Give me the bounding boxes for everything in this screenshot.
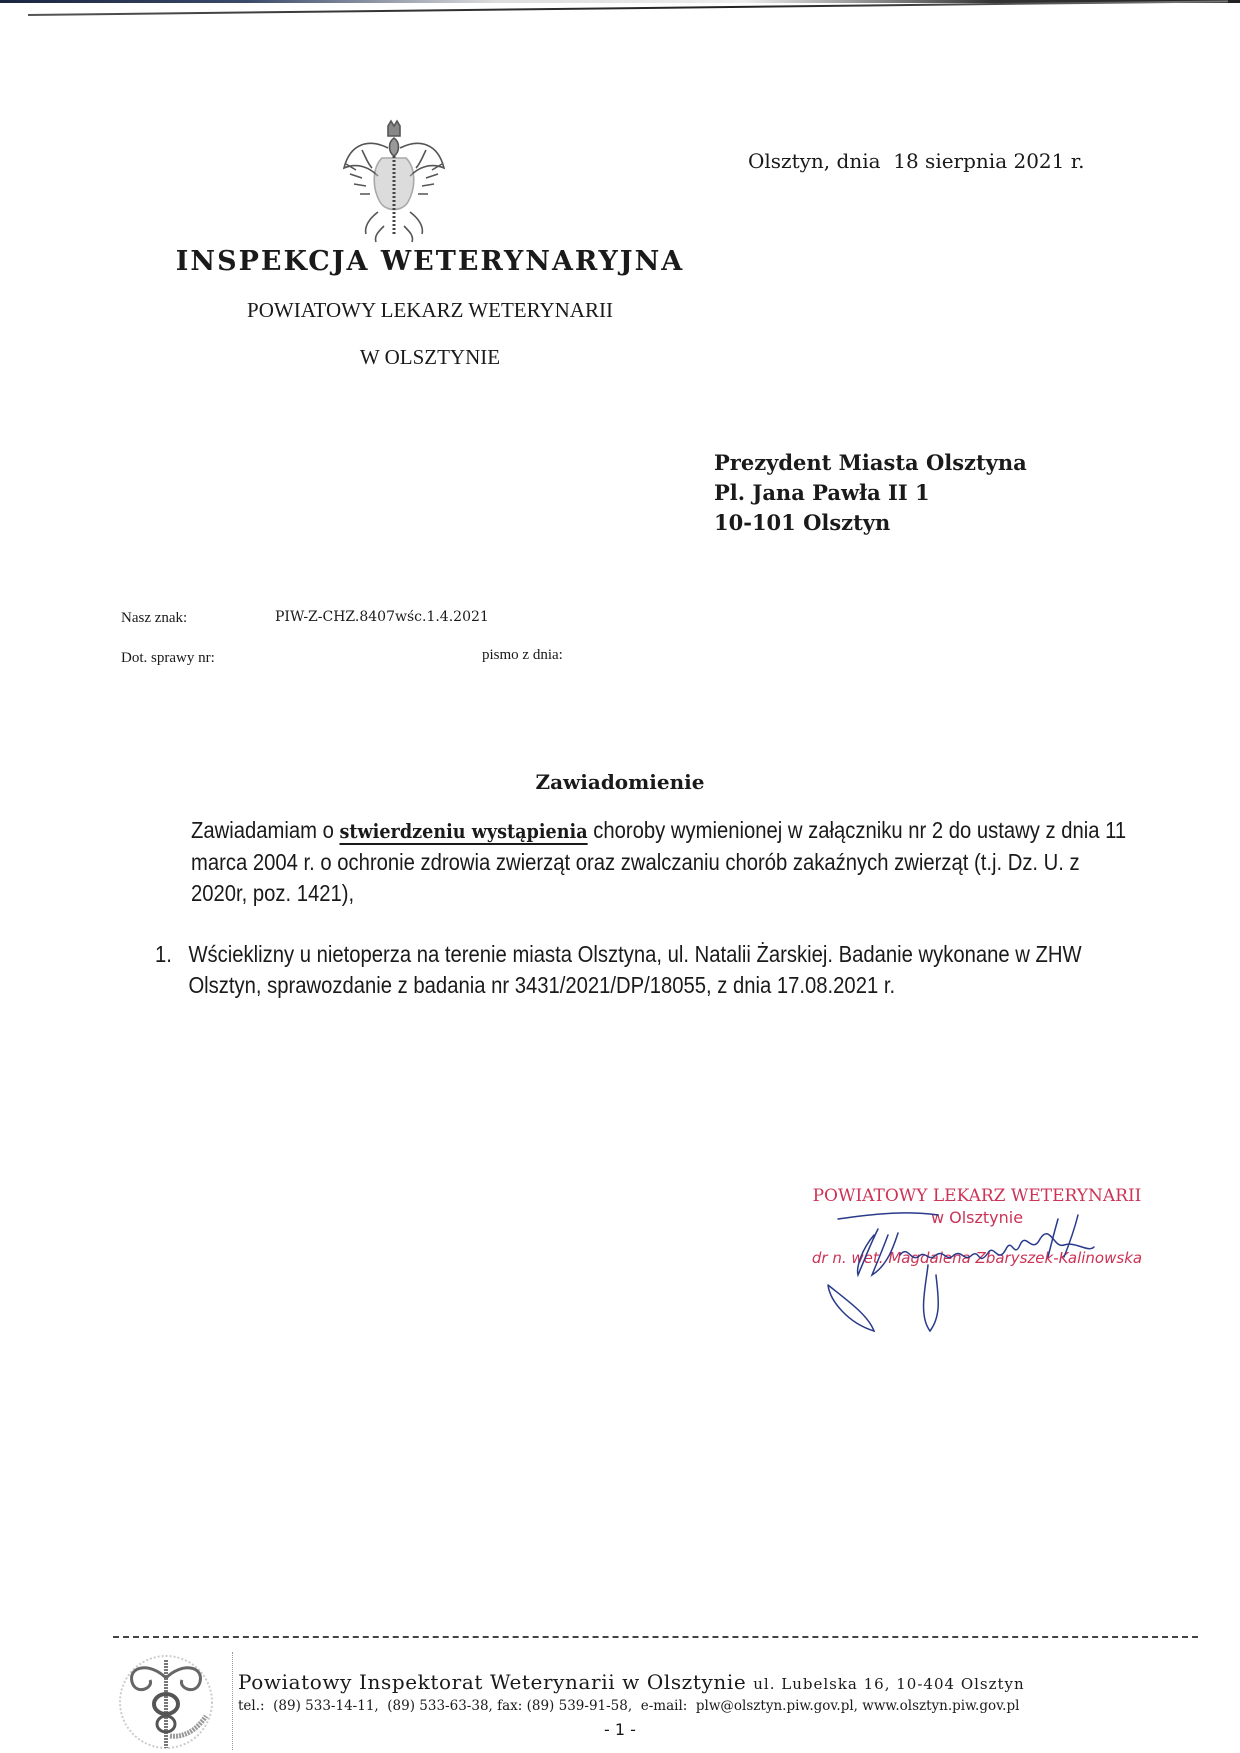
footer-contact: tel.: (89) 533-14-11, (89) 533-63-38, fa…	[238, 1698, 1019, 1714]
org-title: INSPEKCJA WETERYNARYJNA	[150, 246, 710, 277]
stamp-title: POWIATOWY LEKARZ WETERYNARII	[797, 1186, 1157, 1206]
disease-list: 1. Wścieklizny u nietoperza na terenie m…	[155, 939, 1141, 1001]
case-number-label: Dot. sprawy nr:	[121, 650, 215, 667]
footer-address: ul. Lubelska 16, 10-404 Olsztyn	[753, 1675, 1024, 1693]
recipient-address: Prezydent Miasta Olsztyna Pl. Jana Pawła…	[714, 448, 1027, 538]
recipient-name: Prezydent Miasta Olsztyna	[714, 448, 1027, 478]
intro-emphasis: stwierdzeniu wystąpienia	[339, 819, 587, 843]
letter-date-label: pismo z dnia:	[482, 647, 563, 664]
footer-divider	[113, 1636, 1198, 1638]
our-ref-label: Nasz znak:	[121, 610, 187, 627]
polish-eagle-emblem-icon	[338, 118, 450, 246]
notice-paragraph: Zawiadamiam o stwierdzeniu wystąpienia c…	[191, 815, 1129, 909]
list-item-text: Wścieklizny u nietoperza na terenie mias…	[188, 939, 1140, 1001]
our-ref-value: PIW-Z-CHZ.8407wśc.1.4.2021	[275, 609, 489, 625]
footer-org: Powiatowy Inspektorat Weterynarii w Olsz…	[238, 1670, 1025, 1694]
list-item-number: 1.	[155, 939, 172, 970]
recipient-city: 10-101 Olsztyn	[714, 508, 1027, 538]
document-heading: Zawiadomienie	[0, 770, 1240, 794]
org-subtitle: POWIATOWY LEKARZ WETERYNARII	[150, 298, 710, 323]
list-item: 1. Wścieklizny u nietoperza na terenie m…	[155, 939, 1141, 1001]
page-number: - 1 -	[0, 1720, 1240, 1739]
footer-org-name: Powiatowy Inspektorat Weterynarii w Olsz…	[238, 1670, 746, 1694]
place-date: Olsztyn, dnia 18 sierpnia 2021 r.	[748, 149, 1084, 173]
intro-prefix: Zawiadamiam o	[191, 817, 339, 843]
handwritten-signature-icon	[818, 1205, 1138, 1355]
recipient-street: Pl. Jana Pawła II 1	[714, 478, 1027, 508]
org-location: W OLSZTYNIE	[150, 345, 710, 370]
